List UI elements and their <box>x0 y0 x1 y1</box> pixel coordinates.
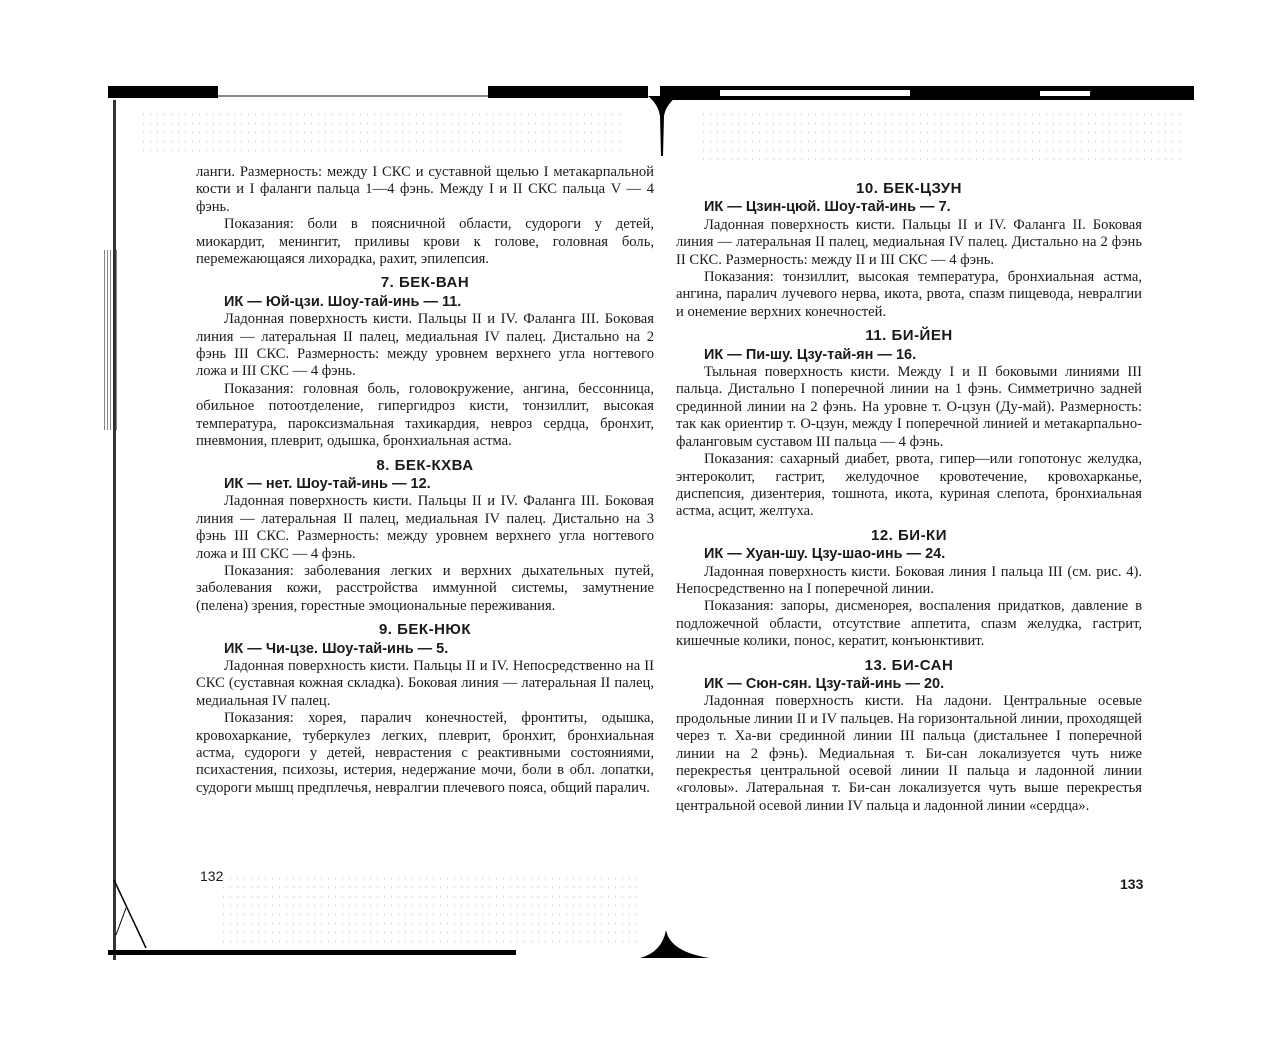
scan-corner-mark <box>110 880 150 950</box>
right-page: 10. БЕК-ЦЗУНИК — Цзин-цюй. Шоу-тай-инь —… <box>676 174 1142 815</box>
point-reference: ИК — нет. Шоу-тай-инь — 12. <box>196 476 654 493</box>
scan-left-edge <box>113 100 116 960</box>
scan-left-noise <box>104 250 118 430</box>
book-spine-bottom <box>640 930 710 958</box>
section-heading: 10. БЕК-ЦЗУН <box>676 180 1142 197</box>
scan-edge-top-right <box>660 86 1194 100</box>
page-number-left: 132 <box>200 868 223 884</box>
section-heading: 12. БИ-КИ <box>676 527 1142 544</box>
section-heading: 9. БЕК-НЮК <box>196 621 654 638</box>
body-paragraph: Показания: головная боль, головокружение… <box>196 381 654 451</box>
point-reference: ИК — Хуан-шу. Цзу-шао-инь — 24. <box>676 546 1142 563</box>
scan-edge-top-center <box>488 86 648 98</box>
body-paragraph: Показания: запоры, дисменорея, воспалени… <box>676 598 1142 650</box>
scan-noise <box>220 874 640 944</box>
body-paragraph: Тыльная поверхность кисти. Между I и II … <box>676 364 1142 451</box>
section-heading: 11. БИ-ЙЕН <box>676 327 1142 344</box>
point-reference: ИК — Пи-шу. Цзу-тай-ян — 16. <box>676 347 1142 364</box>
body-paragraph: Показания: хорея, паралич конечностей, ф… <box>196 710 654 797</box>
section-heading: 8. БЕК-КХВА <box>196 457 654 474</box>
body-paragraph: Показания: сахарный диабет, рвота, гипер… <box>676 451 1142 521</box>
point-reference: ИК — Цзин-цюй. Шоу-тай-инь — 7. <box>676 199 1142 216</box>
scan-edge-bottom-left <box>108 950 516 955</box>
body-paragraph: Ладонная поверхность кисти. Пальцы II и … <box>196 311 654 381</box>
left-page: ланги. Размерность: между I СКС и сустав… <box>196 164 654 797</box>
body-paragraph: Ладонная поверхность кисти. На ладони. Ц… <box>676 693 1142 815</box>
page-number-right: 133 <box>1120 876 1143 892</box>
body-paragraph: Показания: тонзиллит, высокая температур… <box>676 269 1142 321</box>
body-paragraph: Показания: боли в поясничной области, су… <box>196 216 654 268</box>
scan-edge-top-left <box>108 86 218 98</box>
book-spine-top <box>648 96 678 156</box>
body-paragraph: Ладонная поверхность кисти. Пальцы II и … <box>196 493 654 563</box>
section-heading: 7. БЕК-ВАН <box>196 274 654 291</box>
scan-noise <box>140 110 620 155</box>
point-reference: ИК — Сюн-сян. Цзу-тай-инь — 20. <box>676 676 1142 693</box>
point-reference: ИК — Юй-цзи. Шоу-тай-инь — 11. <box>196 294 654 311</box>
body-paragraph: Ладонная поверхность кисти. Пальцы II и … <box>676 217 1142 269</box>
body-paragraph: ланги. Размерность: между I СКС и сустав… <box>196 164 654 216</box>
body-paragraph: Показания: заболевания легких и верхних … <box>196 563 654 615</box>
body-paragraph: Ладонная поверхность кисти. Боковая лини… <box>676 564 1142 599</box>
scan-noise <box>700 110 1180 160</box>
scan-edge-line <box>218 95 488 97</box>
section-heading: 13. БИ-САН <box>676 657 1142 674</box>
point-reference: ИК — Чи-цзе. Шоу-тай-инь — 5. <box>196 641 654 658</box>
body-paragraph: Ладонная поверхность кисти. Пальцы II и … <box>196 658 654 710</box>
